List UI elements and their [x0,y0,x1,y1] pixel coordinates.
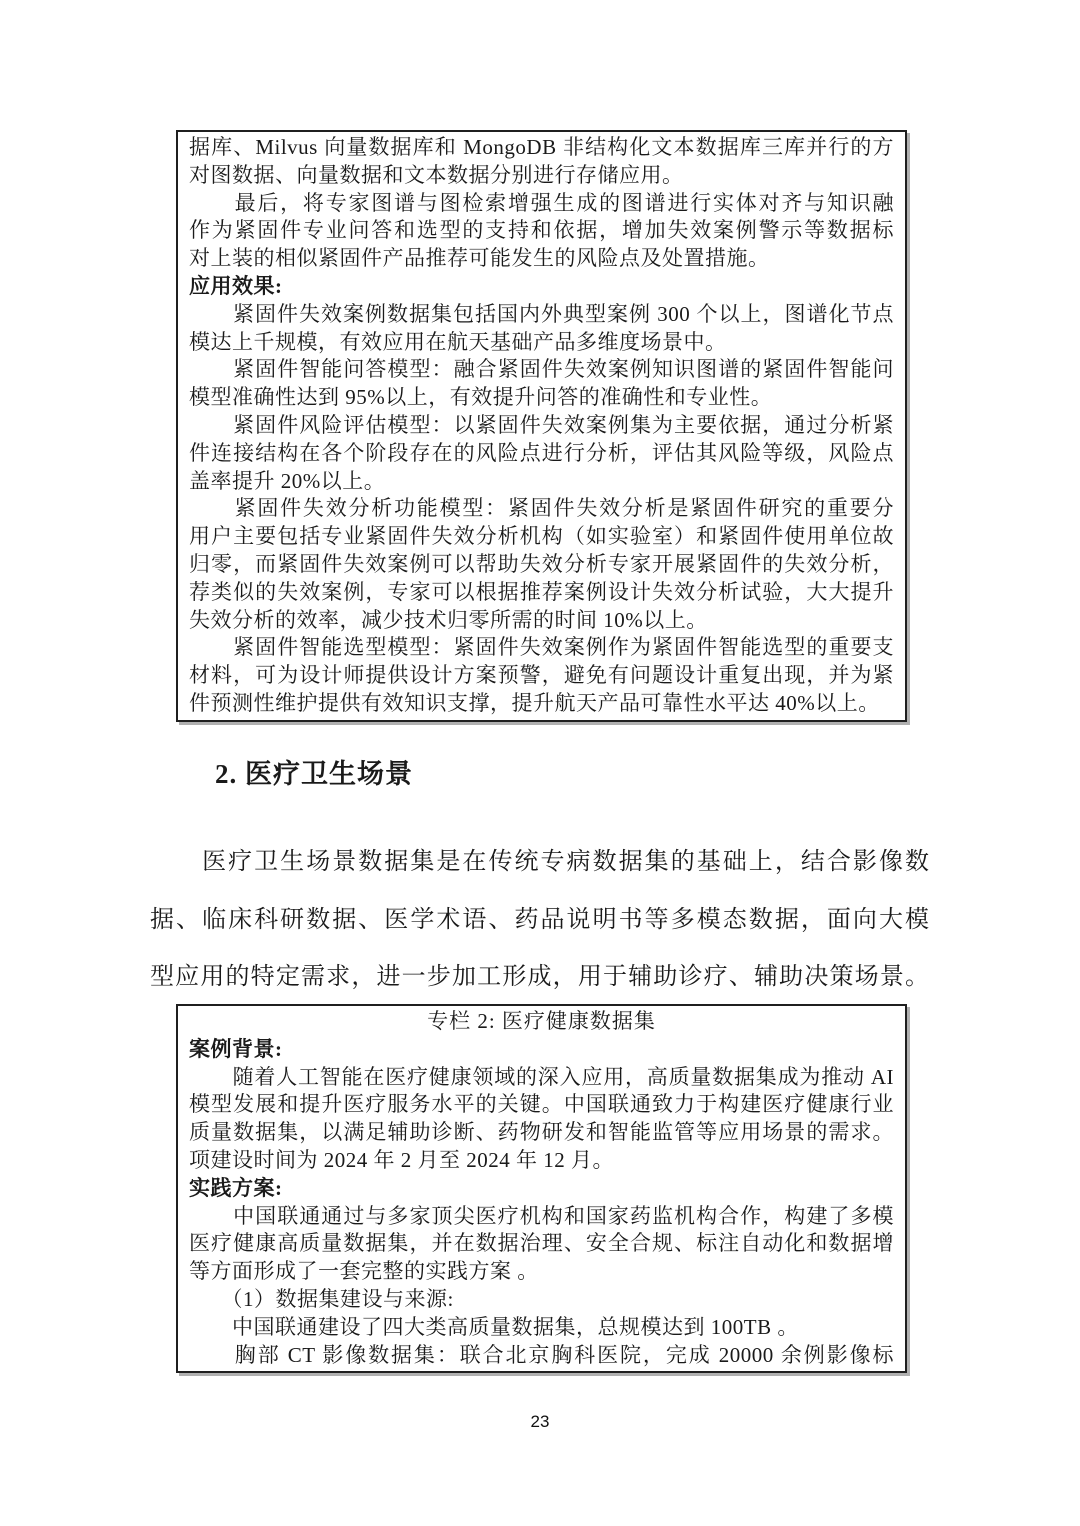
text-line: 模型准确性达到 95%以上，有效提升问答的准确性和专业性。 [189,384,894,412]
text-line: 胸部 CT 影像数据集：联合北京胸科医院，完成 20000 余例影像标注， [189,1342,894,1370]
text-line: 紧固件风险评估模型：以紧固件失效案例集为主要依据，通过分析紧固 [189,412,894,440]
text-line: 等方面形成了一套完整的实践方案 。 [189,1258,894,1286]
text-line: 紧固件失效分析功能模型：紧固件失效分析是紧固件研究的重要分支， [189,495,894,523]
text-line: 质量数据集，以满足辅助诊断、药物研发和智能监管等应用场景的需求。此 [189,1119,894,1147]
page-number: 23 [0,1412,1080,1432]
text-line: 件预测性维护提供有效知识支撑，提升航天产品可靠性水平达 40%以上。 [189,690,894,718]
section-heading: 2. 医疗卫生场景 [215,756,413,792]
text-line: 最后，将专家图谱与图检索增强生成的图谱进行实体对齐与知识融合， [189,190,894,218]
text-line: 应用效果: [189,273,894,301]
text-line: 中国联通建设了四大类高质量数据集，总规模达到 100TB 。 [189,1314,894,1342]
text-line: 对图数据、向量数据和文本数据分别进行存储应用。 [189,162,894,190]
body-paragraph: 医疗卫生场景数据集是在传统专病数据集的基础上，结合影像数据、临床科研数据、医学术… [150,834,930,1007]
text-line: 据、临床科研数据、医学术语、药品说明书等多模态数据，面向大模 [150,892,930,950]
case-box-fastener-continued: 据库、Milvus 向量数据库和 MongoDB 非结构化文本数据库三库并行的方… [176,130,907,722]
text-line: 盖率提升 20%以上。 [189,468,894,496]
text-line: 案例背景: [189,1036,894,1064]
text-line: 对上装的相似紧固件产品推荐可能发生的风险点及处置措施。 [189,245,894,273]
text-line: 作为紧固件专业问答和选型的支持和依据，增加失效案例警示等数据标签， [189,217,894,245]
text-line: 随着人工智能在医疗健康领域的深入应用，高质量数据集成为推动 AI [189,1064,894,1092]
text-line: 项建设时间为 2024 年 2 月至 2024 年 12 月。 [189,1147,894,1175]
text-line: 模达上千规模，有效应用在航天基础产品多维度场景中。 [189,329,894,357]
text-line: 归零，而紧固件失效案例可以帮助失效分析专家开展紧固件的失效分析，推 [189,551,894,579]
text-line: 件连接结构在各个阶段存在的风险点进行分析，评估其风险等级，风险点覆 [189,440,894,468]
text-line: 紧固件失效案例数据集包括国内外典型案例 300 个以上，图谱化节点规 [189,301,894,329]
case-box-medical-health: 专栏 2: 医疗健康数据集 案例背景: 随着人工智能在医疗健康领域的深入应用，高… [176,1004,907,1373]
text-line: 模型发展和提升医疗服务水平的关键。中国联通致力于构建医疗健康行业高 [189,1091,894,1119]
text-line: 用户主要包括专业紧固件失效分析机构（如实验室）和紧固件使用单位故障 [189,523,894,551]
case-box-body: 据库、Milvus 向量数据库和 MongoDB 非结构化文本数据库三库并行的方… [189,134,894,718]
text-line: 紧固件智能选型模型：紧固件失效案例作为紧固件智能选型的重要支撑 [189,634,894,662]
text-line: 实践方案: [189,1175,894,1203]
text-line: 材料，可为设计师提供设计方案预警，避免有问题设计重复出现，并为紧固 [189,662,894,690]
text-line: 型应用的特定需求，进一步加工形成，用于辅助诊疗、辅助决策场景。 [150,949,930,1007]
text-line: 荐类似的失效案例，专家可以根据推荐案例设计失效分析试验，大大提升了 [189,579,894,607]
case-box-title: 专栏 2: 医疗健康数据集 [189,1008,894,1036]
text-line: 据库、Milvus 向量数据库和 MongoDB 非结构化文本数据库三库并行的方… [189,134,894,162]
text-line: 紧固件智能问答模型：融合紧固件失效案例知识图谱的紧固件智能问答 [189,356,894,384]
text-line: 医疗健康高质量数据集，并在数据治理、安全合规、标注自动化和数据增强 [189,1230,894,1258]
text-line: 中国联通通过与多家顶尖医疗机构和国家药监机构合作，构建了多模态 [189,1203,894,1231]
text-line: 失效分析的效率，减少技术归零所需的时间 10%以上。 [189,607,894,635]
text-line: （1）数据集建设与来源: [189,1286,894,1314]
text-line: 医疗卫生场景数据集是在传统专病数据集的基础上，结合影像数 [150,834,930,892]
case-box-body: 案例背景: 随着人工智能在医疗健康领域的深入应用，高质量数据集成为推动 AI模型… [189,1036,894,1370]
